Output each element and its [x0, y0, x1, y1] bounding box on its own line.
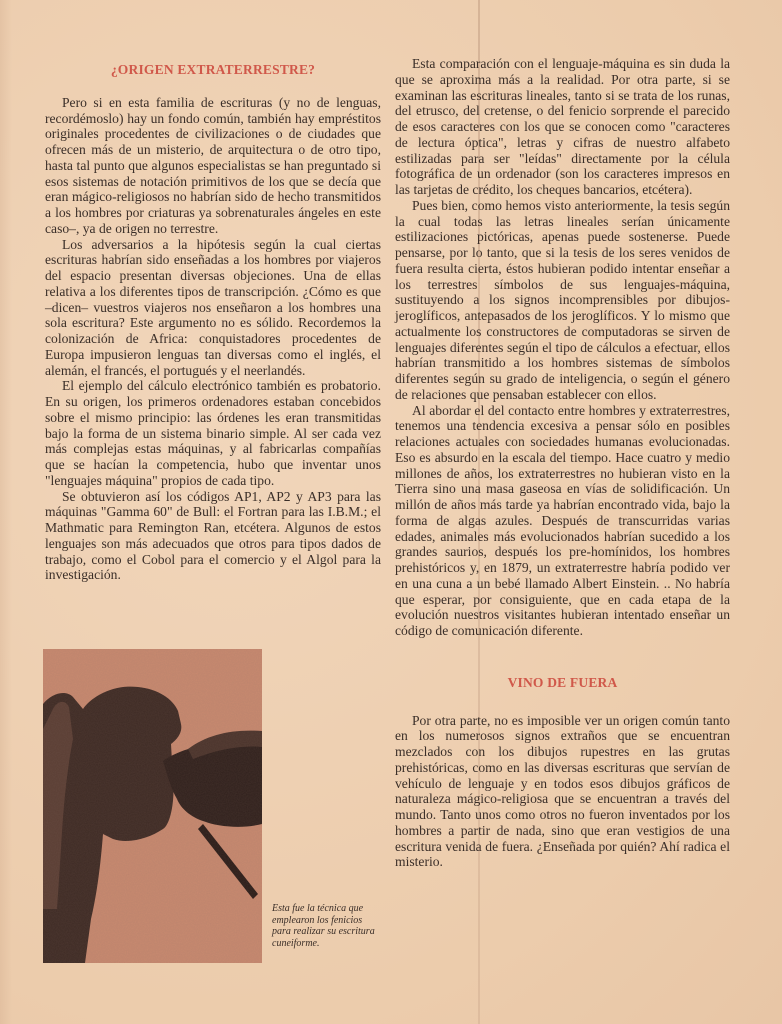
paragraph: Los adversarios a la hipótesis según la … — [45, 237, 381, 379]
paragraph: Al abordar el del contacto entre hombres… — [395, 403, 730, 639]
section-heading-vino-de-fuera: VINO DE FUERA — [395, 675, 730, 691]
paragraph: Esta comparación con el lenguaje-máquina… — [395, 56, 730, 198]
cuneiform-photo — [43, 649, 262, 963]
hands-tablet-image — [43, 649, 262, 963]
right-column: Esta comparación con el lenguaje-máquina… — [395, 56, 730, 870]
section-heading-origen: ¿ORIGEN EXTRATERRESTRE? — [45, 62, 381, 78]
paragraph: Por otra parte, no es imposible ver un o… — [395, 713, 730, 871]
paragraph: Pues bien, como hemos visto anteriorment… — [395, 198, 730, 403]
photo-caption: Esta fue la técnica que emplearon los fe… — [272, 903, 382, 949]
magazine-page: ¿ORIGEN EXTRATERRESTRE? Pero si en esta … — [0, 0, 782, 1024]
left-column: ¿ORIGEN EXTRATERRESTRE? Pero si en esta … — [45, 62, 381, 583]
paragraph: Se obtuvieron así los códigos AP1, AP2 y… — [45, 489, 381, 584]
paragraph: Pero si en esta familia de escrituras (y… — [45, 95, 381, 237]
paragraph: El ejemplo del cálculo electrónico tambi… — [45, 378, 381, 488]
